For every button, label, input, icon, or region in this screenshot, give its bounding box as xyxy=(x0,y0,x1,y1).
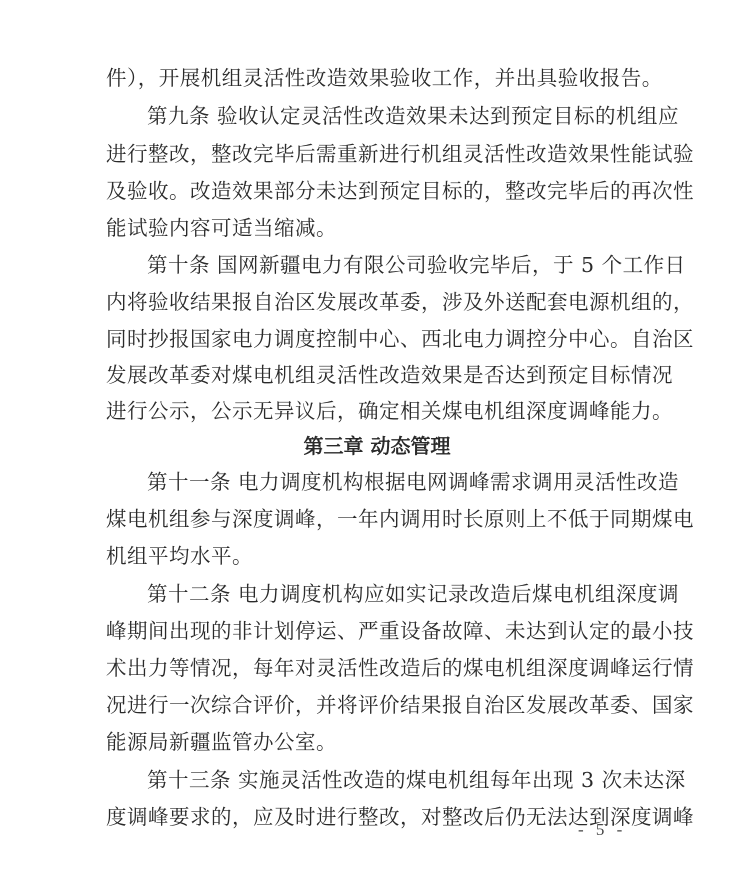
article-13-line: 第十三条 实施灵活性改造的煤电机组每年出现 3 次未达深 xyxy=(147,768,632,792)
paragraph-line: 机组平均水平。 xyxy=(106,544,632,568)
article-11-line: 第十一条 电力调度机构根据电网调峰需求调用灵活性改造 xyxy=(147,470,632,494)
paragraph-line: 同时抄报国家电力调度控制中心、西北电力调控分中心。自治区 xyxy=(106,327,632,351)
paragraph-line: 内将验收结果报自治区发展改革委，涉及外送配套电源机组的， xyxy=(106,290,632,314)
paragraph-line: 度调峰要求的，应及时进行整改，对整改后仍无法达到深度调峰 xyxy=(106,805,632,829)
article-10-line: 第十条 国网新疆电力有限公司验收完毕后，于 5 个工作日 xyxy=(147,253,632,277)
paragraph-line: 发展改革委对煤电机组灵活性改造效果是否达到预定目标情况 xyxy=(106,363,632,387)
paragraph-line: 煤电机组参与深度调峰，一年内调用时长原则上不低于同期煤电 xyxy=(106,507,632,531)
chapter-heading: 第三章 动态管理 xyxy=(0,434,732,458)
paragraph-line: 能试验内容可适当缩减。 xyxy=(106,216,632,240)
paragraph-line: 峰期间出现的非计划停运、严重设备故障、未达到认定的最小技 xyxy=(106,619,632,643)
paragraph-line: 进行整改，整改完毕后需重新进行机组灵活性改造效果性能试验 xyxy=(106,142,632,166)
article-12-line: 第十二条 电力调度机构应如实记录改造后煤电机组深度调 xyxy=(147,582,632,606)
paragraph-line: 能源局新疆监管办公室。 xyxy=(106,730,632,754)
paragraph-line: 及验收。改造效果部分未达到预定目标的，整改完毕后的再次性 xyxy=(106,179,632,203)
article-9-line: 第九条 验收认定灵活性改造效果未达到预定目标的机组应 xyxy=(147,104,632,128)
paragraph-line: 进行公示，公示无异议后，确定相关煤电机组深度调峰能力。 xyxy=(106,399,632,423)
page-number: - 5 - xyxy=(578,820,626,840)
document-page: 件），开展机组灵活性改造效果验收工作，并出具验收报告。 第九条 验收认定灵活性改… xyxy=(0,0,732,889)
paragraph-line: 况进行一次综合评价，并将评价结果报自治区发展改革委、国家 xyxy=(106,693,632,717)
paragraph-line: 术出力等情况，每年对灵活性改造后的煤电机组深度调峰运行情 xyxy=(106,656,632,680)
paragraph-line: 件），开展机组灵活性改造效果验收工作，并出具验收报告。 xyxy=(106,66,632,90)
